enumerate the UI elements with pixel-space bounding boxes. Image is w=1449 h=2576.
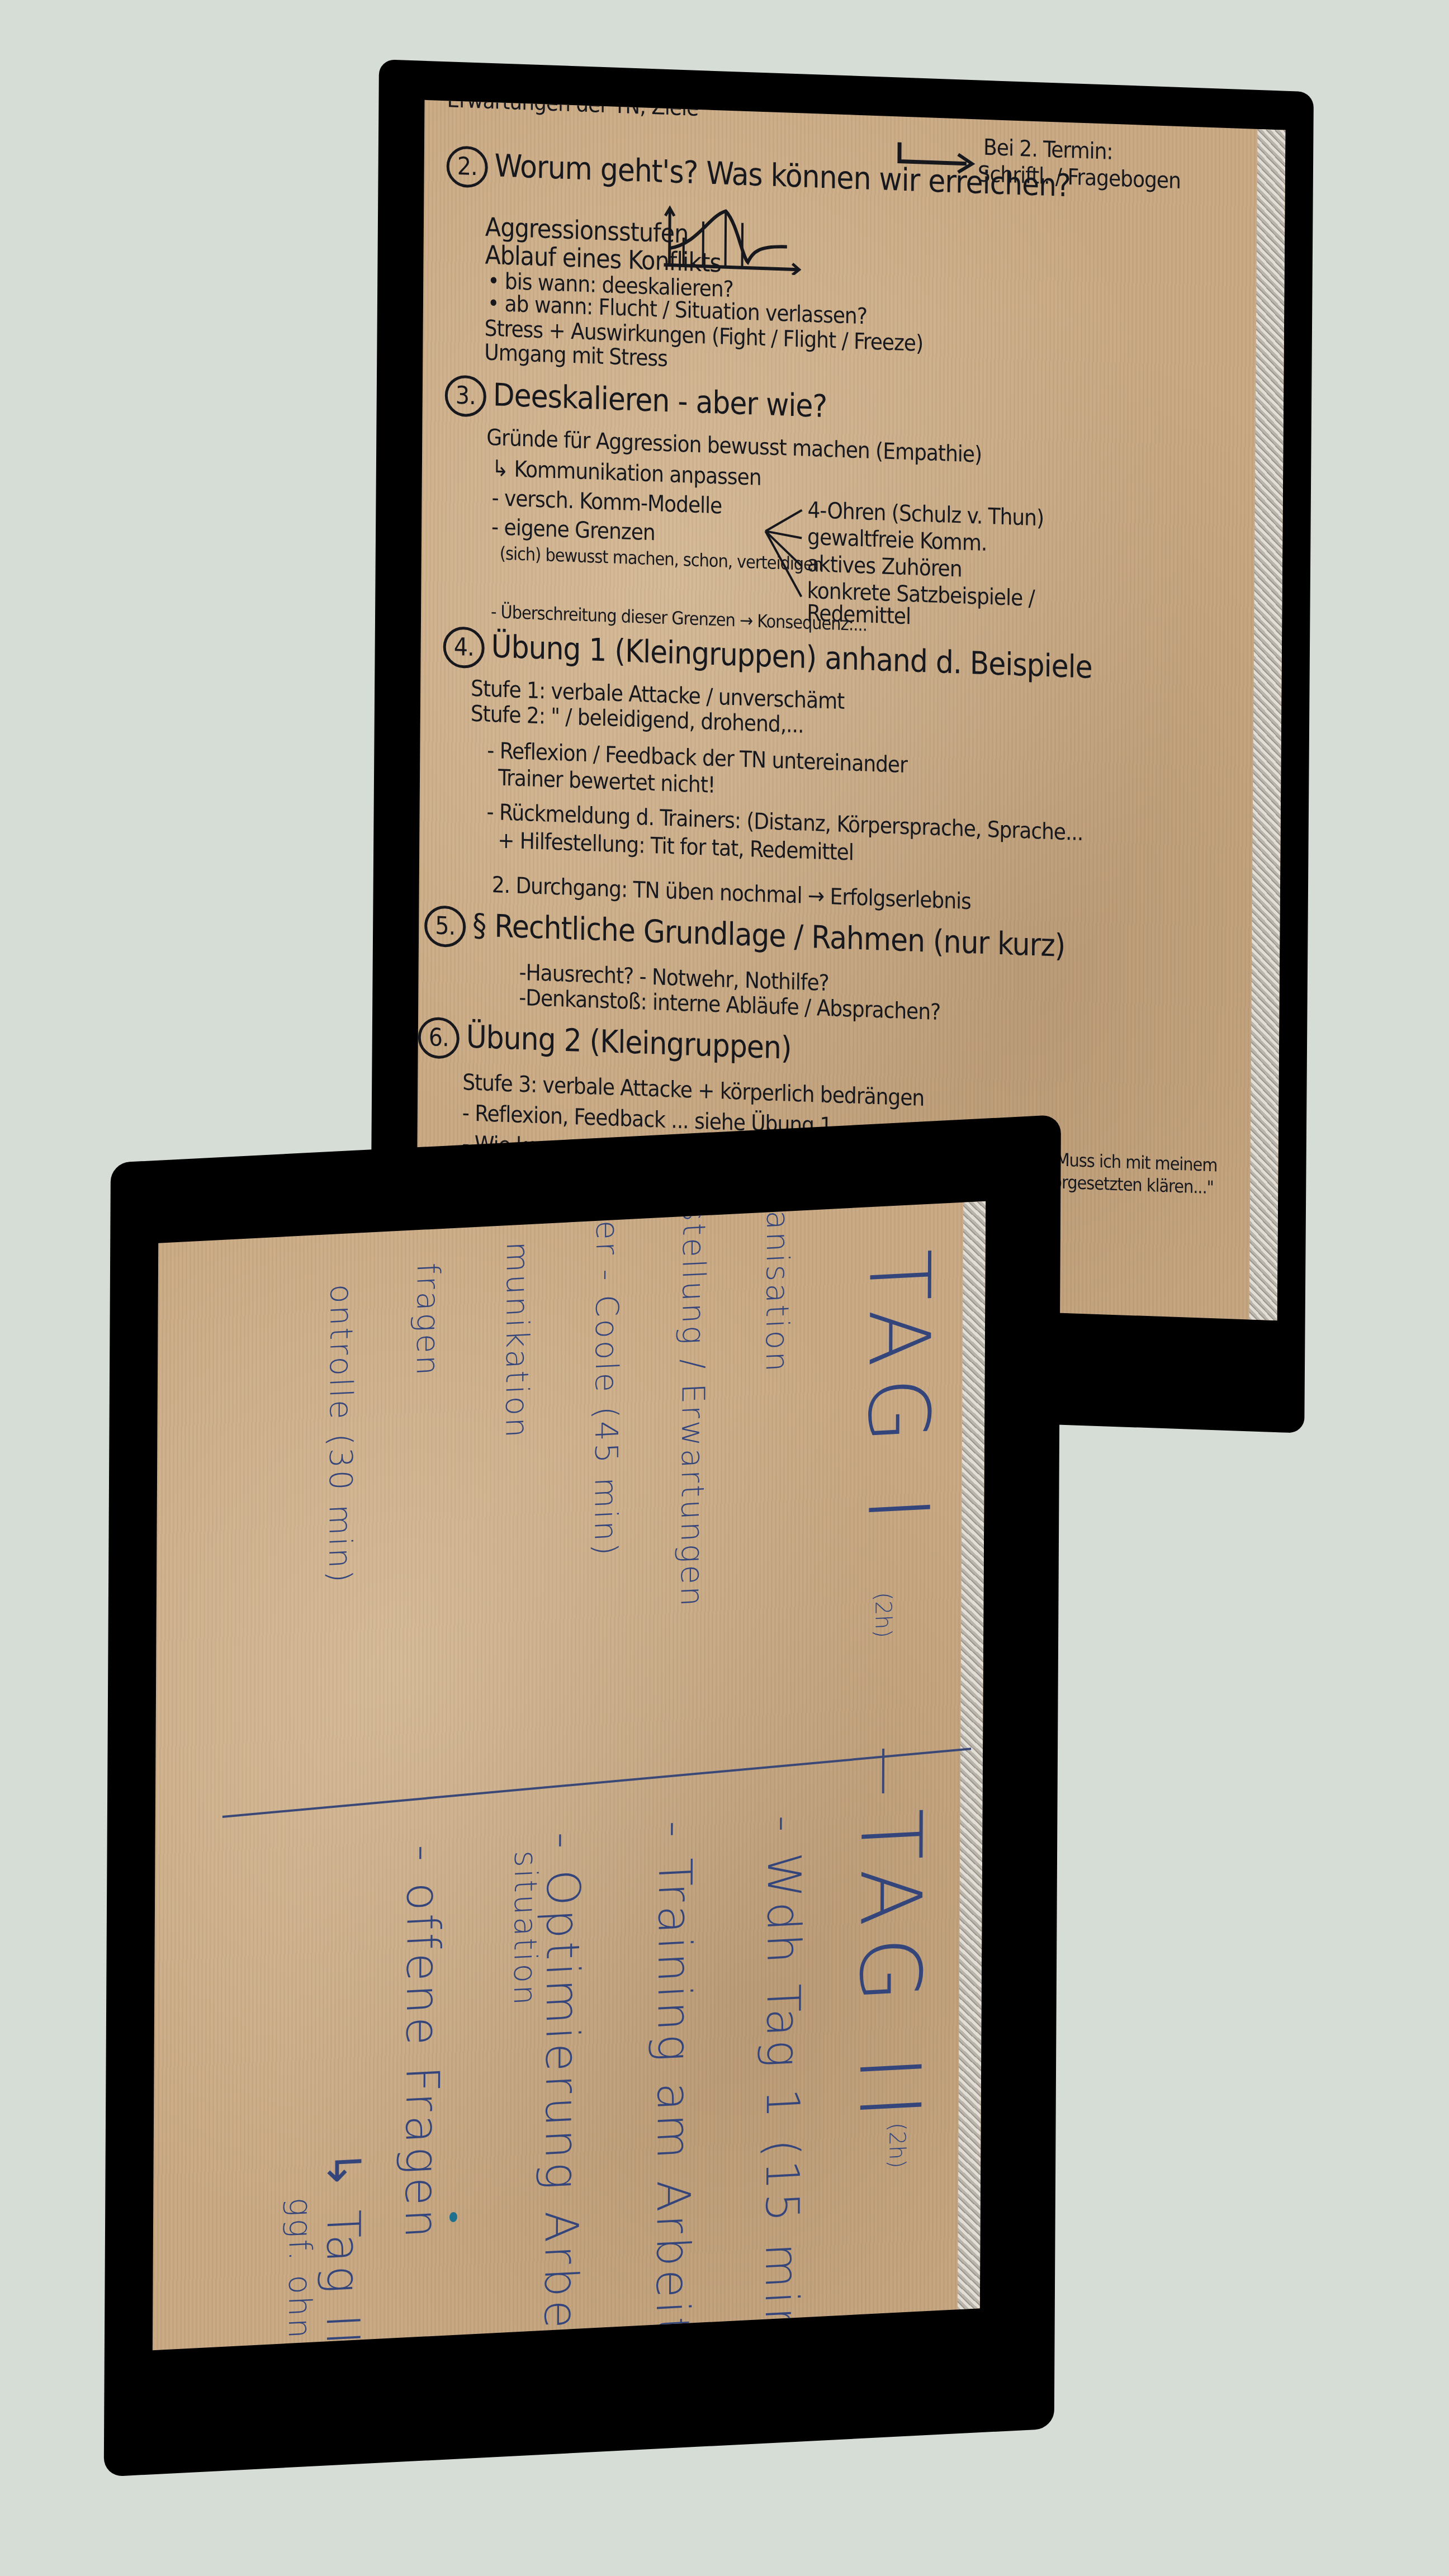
day-1-item: ontrolle (30 min) xyxy=(324,1284,357,1585)
text-line: 2. Durchgang: TN üben nochmal → Erfolgse… xyxy=(492,874,971,913)
section-title: § Rechtliche Grundlage / Rahmen (nur kur… xyxy=(472,907,1066,964)
day-1-item: fragen xyxy=(411,1262,443,1379)
comm-model: konkrete Satzbeispiele / Redemittel xyxy=(807,580,1098,634)
day-1-title: TAG I xyxy=(855,1248,941,1537)
branch-arrows-icon xyxy=(762,498,807,611)
text-line: - eigene Grenzen xyxy=(491,516,655,544)
text-line: Trainer bewertet nicht! xyxy=(498,766,715,797)
section-number: 3. xyxy=(445,375,487,418)
cutoff-line: Erwartungen der TN, Ziele xyxy=(447,100,698,120)
carpet-edge xyxy=(958,1201,986,2310)
day-divider-tick xyxy=(882,1749,884,1793)
quote-line: Vorgesetzten klären..." xyxy=(1043,1173,1214,1197)
comm-model: gewaltfreie Komm. xyxy=(807,526,987,555)
day-1-item: ganisation xyxy=(761,1201,793,1375)
section-6-heading: 6.Übung 2 (Kleingruppen) xyxy=(418,1016,792,1071)
section-number: 6. xyxy=(418,1016,460,1059)
day-1-item: munikation xyxy=(500,1241,533,1441)
flipchart-page-bottom: TAG I (2h) ganisation stellung / Erwartu… xyxy=(153,1201,986,2351)
day-2-item: - offene Fragen xyxy=(398,1844,446,2243)
day-1-duration: (2h) xyxy=(872,1592,894,1639)
day-1-item: er - Coole (45 min) xyxy=(589,1220,622,1559)
section-3-heading: 3.Deeskalieren - aber wie? xyxy=(445,375,827,429)
day-1-item: stellung / Erwartungen xyxy=(676,1204,709,1609)
day-2-title: TAG II xyxy=(847,1808,932,2134)
day-2-item: - Wdh Tag 1 (15 min) xyxy=(757,1814,806,2350)
section-number: 2. xyxy=(446,145,488,188)
comm-model: aktives Zuhören xyxy=(807,553,962,581)
section-title: Übung 2 (Kleingruppen) xyxy=(466,1019,792,1067)
section-5-heading: 5.§ Rechtliche Grundlage / Rahmen (nur k… xyxy=(424,905,1066,969)
day-2-item: - Training am Arbeitsplat xyxy=(648,1820,698,2350)
day-2-item: situation xyxy=(509,1850,541,2008)
day-2-duration: (2h) xyxy=(885,2122,908,2169)
carpet-edge xyxy=(1249,129,1286,1320)
section-number: 5. xyxy=(424,905,466,948)
day-2-followup-note: ggf. ohne FK xyxy=(283,2196,315,2350)
day-2-item: - Optimierung Arbeitsplatz/ xyxy=(536,1831,586,2350)
text-line: Umgang mit Stress xyxy=(484,342,667,370)
side-note-line-1: Bei 2. Termin: xyxy=(983,136,1113,163)
day-2-followup: ↳ Tag III xyxy=(319,2149,366,2350)
section-number: 4. xyxy=(443,626,485,669)
day-divider-line xyxy=(222,1748,971,1818)
ink-dot xyxy=(449,2212,457,2223)
text-line: ↳ Kommunikation anpassen xyxy=(492,457,761,489)
quote-line: "Muss ich mit meinem xyxy=(1049,1150,1217,1174)
section-title: Deeskalieren - aber wie? xyxy=(493,377,827,425)
text-line: - versch. Komm-Modelle xyxy=(491,487,722,517)
photo-frame-bottom: TAG I (2h) ganisation stellung / Erwartu… xyxy=(104,1115,1061,2477)
text-line: -Denkanstoß: interne Abläufe / Absprache… xyxy=(519,987,940,1024)
section-title: Übung 1 (Kleingruppen) anhand d. Beispie… xyxy=(491,628,1092,686)
